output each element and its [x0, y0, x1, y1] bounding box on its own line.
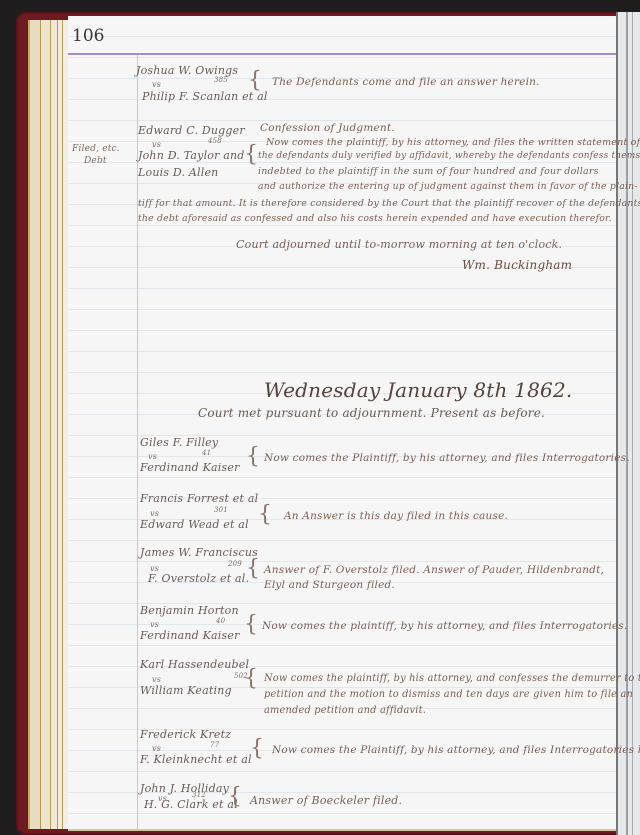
brace: {: [246, 556, 260, 581]
clerk-signature: Wm. Buckingham: [462, 258, 572, 272]
defendant: F. Kleinknecht et al: [140, 753, 252, 766]
brace: {: [258, 502, 272, 527]
entry-text: amended petition and affidavit.: [264, 705, 426, 716]
right-page-edges: [616, 12, 640, 835]
entry-text: Now comes the Plaintiff, by his attorney…: [272, 744, 640, 756]
side-note: Debt: [84, 156, 107, 166]
case-number: 40: [216, 617, 225, 625]
entry-text: indebted to the plaintiff in the sum of …: [258, 166, 599, 177]
plaintiff: Karl Hassendeubel: [140, 658, 249, 671]
defendant: Edward Wead et al: [140, 518, 249, 531]
ledger-page: 106 Joshua W. Owings vs 385 Philip F. Sc…: [68, 16, 616, 831]
side-note: Filed, etc.: [72, 144, 120, 154]
defendant: Ferdinand Kaiser: [140, 461, 240, 474]
plaintiff: John J. Holliday: [140, 782, 229, 795]
brace: {: [244, 142, 258, 167]
entry-text: Now comes the plaintiff, by his attorney…: [266, 137, 640, 148]
entry-text: and authorize the entering up of judgmen…: [258, 181, 638, 192]
entry-text: Now comes the plaintiff, by his attorney…: [262, 620, 627, 632]
case-number: 41: [202, 449, 211, 457]
entry-text: tiff for that amount. It is therefore co…: [138, 198, 640, 209]
session-subtitle: Court met pursuant to adjournment. Prese…: [198, 406, 545, 420]
header-rule: [68, 53, 616, 55]
entry-heading: Confession of Judgment.: [260, 122, 395, 134]
entry-text: Answer of Boeckeler filed.: [250, 794, 402, 807]
versus: vs: [148, 452, 157, 461]
adjournment-text: Court adjourned until to-morrow morning …: [236, 238, 562, 251]
case-number: 458: [208, 137, 222, 145]
defendant: Ferdinand Kaiser: [140, 629, 240, 642]
plaintiff: James W. Franciscus: [140, 546, 258, 559]
entry-text: Elyl and Sturgeon filed.: [264, 579, 395, 591]
session-date: Wednesday January 8th 1862.: [264, 378, 572, 402]
defendant: Louis D. Allen: [138, 166, 218, 179]
defendant: F. Overstolz et al.: [148, 572, 249, 585]
case-number: 385: [214, 76, 228, 84]
plaintiff: Benjamin Horton: [140, 604, 239, 617]
brace: {: [246, 444, 260, 469]
defendant: H. G. Clark et al: [144, 798, 238, 811]
entry-text: petition and the motion to dismiss and t…: [264, 689, 633, 700]
entry-text: Answer of F. Overstolz filed. Answer of …: [264, 564, 604, 576]
case-number: 301: [214, 506, 228, 514]
entry-text: Now comes the Plaintiff, by his attorney…: [264, 452, 630, 464]
entry-text: the debt aforesaid as confessed and also…: [138, 213, 612, 224]
plaintiff: Giles F. Filley: [140, 436, 218, 449]
case-number: 209: [228, 560, 242, 568]
plaintiff: Francis Forrest et al: [140, 492, 258, 505]
brace: {: [248, 68, 262, 93]
versus: vs: [152, 744, 161, 753]
versus: vs: [152, 80, 161, 89]
plaintiff: Edward C. Dugger: [138, 124, 245, 137]
versus: vs: [152, 675, 161, 684]
defendant: William Keating: [140, 684, 232, 697]
case-number: 77: [210, 741, 219, 749]
plaintiff: Frederick Kretz: [140, 728, 231, 741]
entry-text: Now comes the plaintiff, by his attorney…: [264, 673, 640, 684]
page-number: 106: [72, 26, 104, 46]
brace: {: [244, 612, 258, 637]
entry-text: the defendants duly verified by affidavi…: [258, 151, 640, 161]
entry-text: An Answer is this day filed in this caus…: [284, 510, 508, 522]
entry-text: The Defendants come and file an answer h…: [272, 76, 540, 88]
brace: {: [228, 784, 242, 809]
versus: vs: [152, 140, 161, 149]
defendant: John D. Taylor and: [138, 149, 245, 162]
versus: vs: [150, 620, 159, 629]
brace: {: [244, 666, 258, 691]
brace: {: [250, 736, 264, 761]
versus: vs: [150, 509, 159, 518]
